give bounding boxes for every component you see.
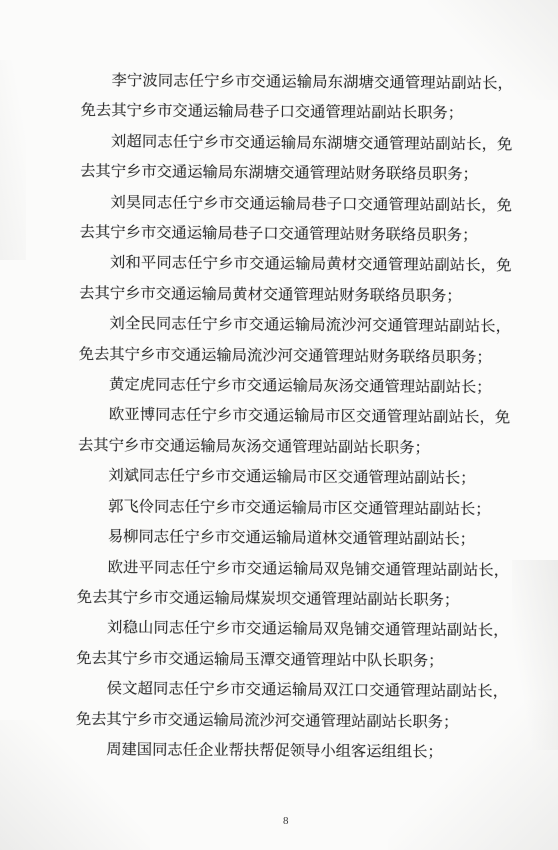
- paragraph: 刘全民同志任宁乡市交通运输局流沙河交通管理站副站长，免去其宁乡市交通运输局流沙河…: [79, 309, 511, 373]
- paragraph: 周建国同志任企业帮扶帮促领导小组客运组组长；: [76, 735, 508, 769]
- paragraph: 黄定虎同志任宁乡市交通运输局灰汤交通管理站副站长；: [78, 370, 510, 404]
- paragraph: 郭飞伶同志任宁乡市交通运输局市区交通管理站副站长；: [77, 492, 509, 526]
- paragraph: 易柳同志任宁乡市交通运输局道林交通管理站副站长；: [77, 522, 509, 556]
- paragraph: 李宁波同志任宁乡市交通运输局东湖塘交通管理站副站长，免去其宁乡市交通运输局巷子口…: [81, 66, 513, 130]
- document-text: 李宁波同志任宁乡市交通运输局东湖塘交通管理站副站长，免去其宁乡市交通运输局巷子口…: [76, 66, 513, 769]
- paragraph: 刘和平同志任宁乡市交通运输局黄材交通管理站副站长，免去其宁乡市交通运输局黄材交通…: [79, 248, 511, 312]
- paragraph: 欧亚博同志任宁乡市交通运输局市区交通管理站副站长，免去其宁乡市交通运输局灰汤交通…: [78, 400, 510, 464]
- paragraph: 刘超同志任宁乡市交通运输局东湖塘交通管理站副站长，免去其宁乡市交通运输局东湖塘交…: [80, 127, 512, 191]
- scan-smudge: [512, 560, 558, 750]
- scan-smudge: [0, 60, 26, 260]
- paragraph: 刘稳山同志任宁乡市交通运输局双凫铺交通管理站副站长，免去其宁乡市交通运输局玉潭交…: [76, 613, 508, 677]
- paragraph: 侯文超同志任宁乡市交通运输局双江口交通管理站副站长，免去其宁乡市交通运输局流沙河…: [76, 674, 508, 738]
- paragraph: 刘昊同志任宁乡市交通运输局巷子口交通管理站副站长，免去其宁乡市交通运输局巷子口交…: [80, 188, 512, 252]
- paragraph: 刘斌同志任宁乡市交通运输局市区交通管理站副站长；: [78, 461, 510, 495]
- paragraph: 欧进平同志任宁乡市交通运输局双凫铺交通管理站副站长，免去其宁乡市交通运输局煤炭坝…: [77, 552, 509, 616]
- document-page: 李宁波同志任宁乡市交通运输局东湖塘交通管理站副站长，免去其宁乡市交通运输局巷子口…: [0, 0, 558, 850]
- page-number: 8: [283, 815, 289, 827]
